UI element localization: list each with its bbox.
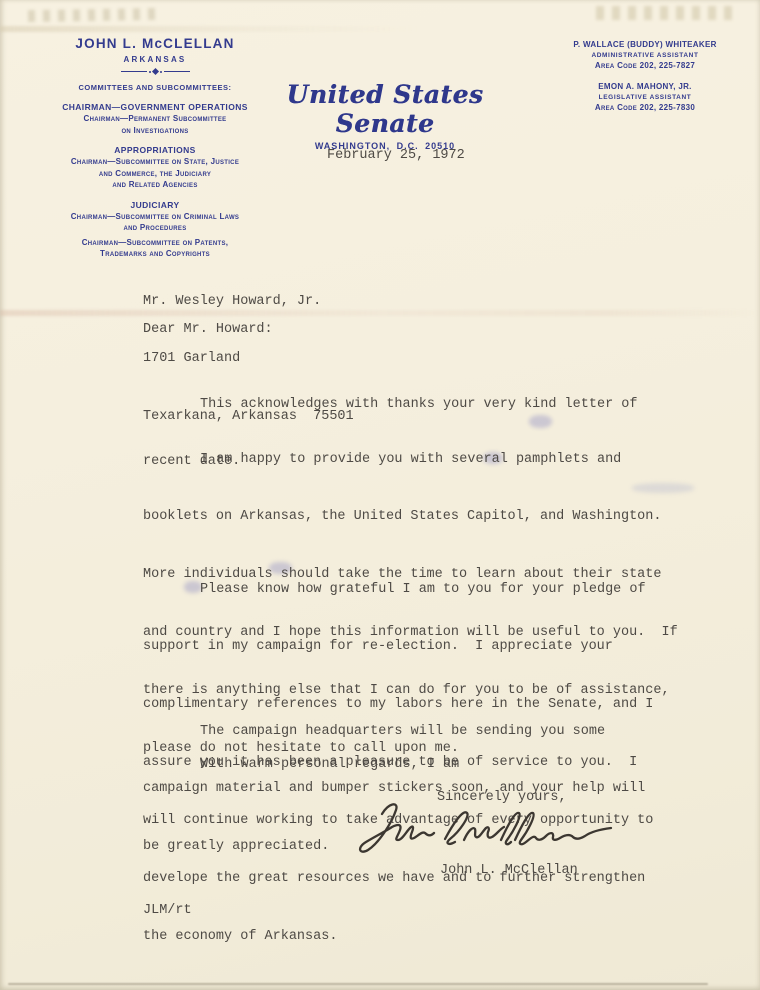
paragraph-line: Please know how grateful I am to you for…: [143, 580, 653, 599]
ink-bleedthrough-top-right: [596, 6, 738, 20]
appropriations-subline: Chairman—Subcommittee on State, Justice: [30, 157, 280, 167]
ornament-dot: [149, 71, 151, 73]
letter-date: February 25, 1972: [327, 146, 465, 165]
staff-block: EMON A. MAHONY, JR. LEGISLATIVE ASSISTAN…: [545, 82, 745, 112]
letterhead-right-column: P. WALLACE (BUDDY) WHITEAKER ADMINISTRAT…: [545, 40, 745, 112]
senator-state: ARKANSAS: [30, 55, 280, 64]
judiciary-subline: Chairman—Subcommittee on Patents,: [30, 238, 280, 248]
ornament-line: [121, 71, 147, 72]
chairman-gov-ops: CHAIRMAN—GOVERNMENT OPERATIONS: [30, 102, 280, 112]
paragraph-line: support in my campaign for re-election. …: [143, 637, 653, 656]
masthead: United States Senate WASHINGTON, D.C. 20…: [250, 80, 520, 151]
diamond-icon: [151, 68, 158, 75]
paragraph-line: the economy of Arkansas.: [143, 927, 653, 946]
ornament-dot: [160, 71, 162, 73]
paragraph-line: The campaign headquarters will be sendin…: [143, 722, 645, 741]
staff-block: P. WALLACE (BUDDY) WHITEAKER ADMINISTRAT…: [545, 40, 745, 70]
appropriations-subline: and Commerce, the Judiciary: [30, 169, 280, 179]
fold-crease-middle: [0, 310, 760, 316]
signature-typed-name: John L. McClellan: [440, 861, 578, 880]
salutation: Dear Mr. Howard:: [143, 320, 273, 339]
signature-script: [352, 798, 620, 860]
staff-name: EMON A. MAHONY, JR.: [545, 82, 745, 91]
senator-name: JOHN L. McCLELLAN: [30, 36, 280, 51]
divider-ornament: [30, 69, 280, 74]
paragraph-line: campaign material and bumper stickers so…: [143, 779, 645, 798]
masthead-title: United States Senate: [250, 80, 520, 138]
paragraph-line: booklets on Arkansas, the United States …: [143, 507, 678, 526]
appropriations-heading: APPROPRIATIONS: [30, 145, 280, 155]
staff-phone: Area Code 202, 225-7830: [545, 103, 745, 112]
judiciary-heading: JUDICIARY: [30, 200, 280, 210]
letterhead-left-column: JOHN L. McCLELLAN ARKANSAS COMMITTEES AN…: [30, 36, 280, 259]
typist-initials: JLM/rt: [143, 901, 192, 920]
judiciary-subline: Chairman—Subcommittee on Criminal Laws: [30, 212, 280, 222]
staff-name: P. WALLACE (BUDDY) WHITEAKER: [545, 40, 745, 49]
closing-line: With warm personal regards, I am: [200, 755, 459, 774]
staff-title: ADMINISTRATIVE ASSISTANT: [545, 52, 745, 59]
gov-ops-subline: Chairman—Permanent Subcommittee: [30, 114, 280, 124]
paragraph-line: I am happy to provide you with several p…: [143, 450, 678, 469]
fold-crease-top: [0, 26, 420, 32]
recipient-line: Mr. Wesley Howard, Jr.: [143, 292, 354, 311]
staff-title: LEGISLATIVE ASSISTANT: [545, 94, 745, 101]
gov-ops-subline: on Investigations: [30, 126, 280, 136]
judiciary-subline: and Procedures: [30, 223, 280, 233]
appropriations-subline: and Related Agencies: [30, 180, 280, 190]
committees-heading: COMMITTEES AND SUBCOMMITTEES:: [30, 83, 280, 92]
ornament-line: [164, 71, 190, 72]
letter-page: JOHN L. McCLELLAN ARKANSAS COMMITTEES AN…: [0, 0, 760, 990]
ink-bleedthrough-top-left: [28, 8, 158, 22]
staff-phone: Area Code 202, 225-7827: [545, 61, 745, 70]
